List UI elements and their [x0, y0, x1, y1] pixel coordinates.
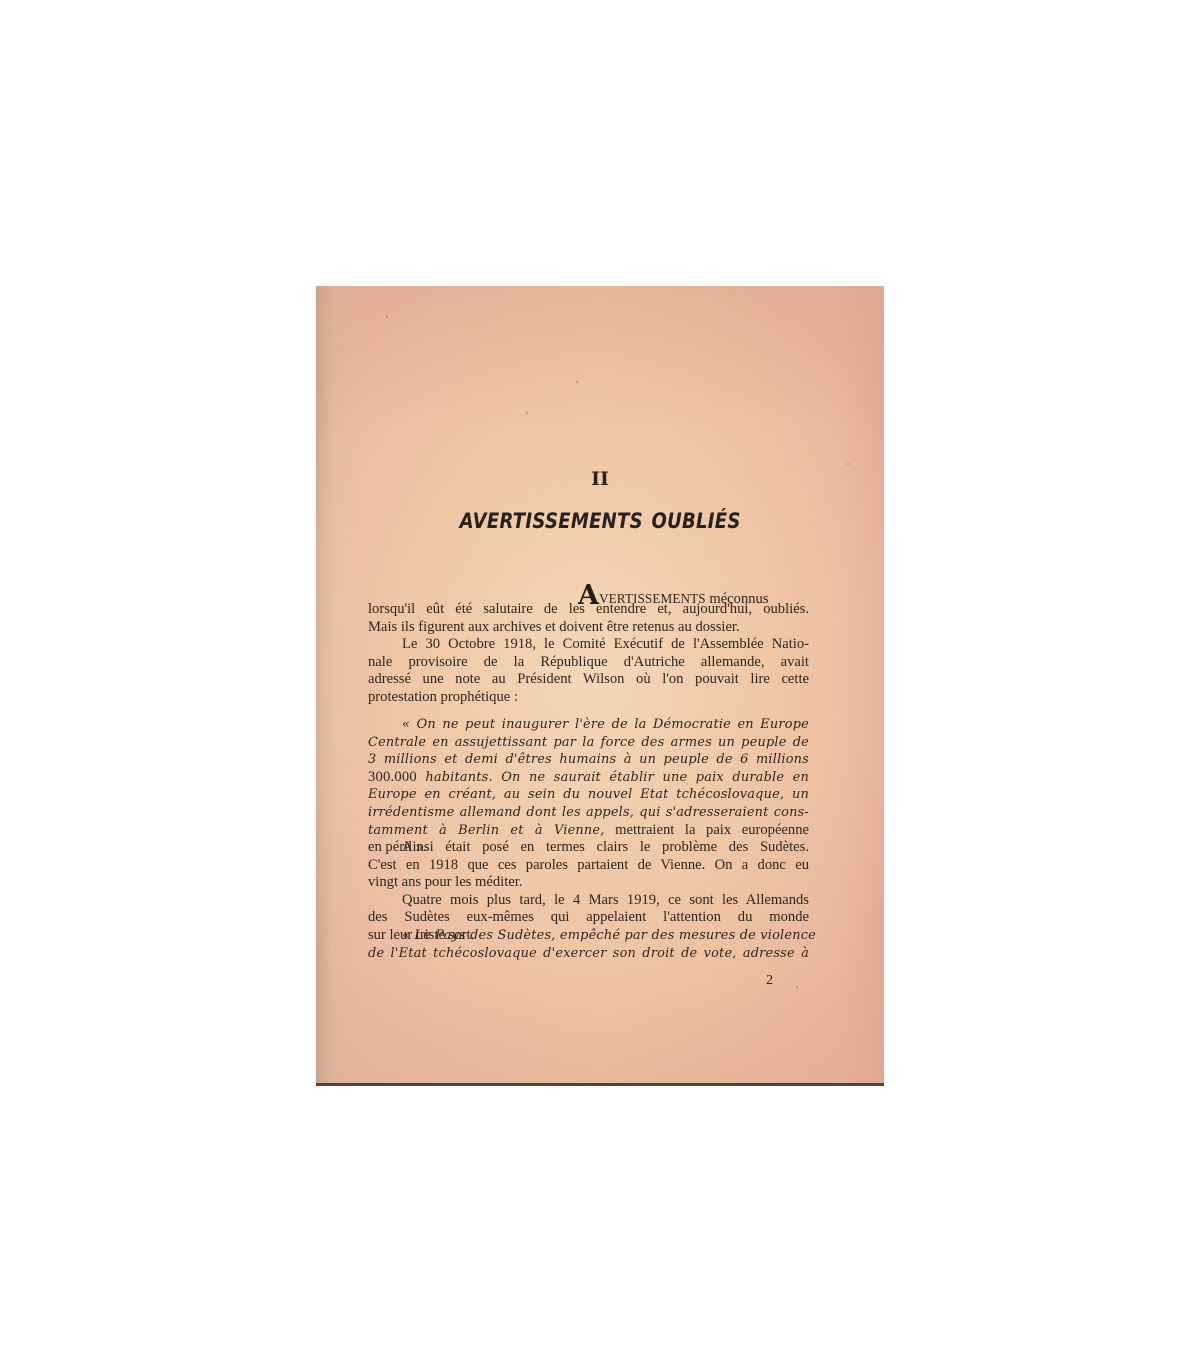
text-line: lorsqu'il eût été salutaire de les enten… [368, 601, 809, 619]
chapter-title: AVERTISSEMENTSOUBLIÉS [356, 509, 844, 533]
quote-upright-part: mettraient la paix européenne [605, 822, 809, 838]
quote-line: de l'Etat tchécoslovaque d'exercer son d… [368, 945, 809, 963]
chapter-title-word: AVERTISSEMENTS [460, 509, 643, 533]
text-line: Ainsi était posé en termes clairs le pro… [368, 839, 809, 857]
text-line: Le 30 Octobre 1918, le Comité Exécutif d… [368, 636, 809, 654]
paper-speck [847, 463, 849, 465]
paper-speck [526, 412, 528, 414]
quote-italic-part: tamment à Berlin et à Vienne, [368, 823, 605, 838]
quote-line: 3 millions et demi d'êtres humains à un … [368, 751, 809, 769]
paragraph-intro: lorsqu'il eût été salutaire de les enten… [368, 601, 809, 707]
quote-line: irrédentisme allemand dont les appels, q… [368, 804, 809, 822]
text-line: nale provisoire de la République d'Autri… [368, 654, 809, 672]
quote-line: Centrale en assujettissant par la force … [368, 734, 809, 752]
book-page: II AVERTISSEMENTSOUBLIÉS AVERTISSEMENTS … [316, 286, 884, 1086]
text-line: vingt ans pour les méditer. [368, 874, 809, 892]
text-line: Quatre mois plus tard, le 4 Mars 1919, c… [368, 892, 809, 910]
chapter-number: II [316, 468, 884, 490]
quote-line: 300.000 habitants. On ne saurait établir… [368, 769, 809, 787]
paper-speck [796, 986, 798, 988]
paper-speck [576, 381, 578, 383]
text-line: des Sudètes eux-mêmes qui appelaient l'a… [368, 909, 809, 927]
quote-line: « Le Pays des Sudètes, empêché par des m… [368, 927, 809, 945]
page-number: 2 [766, 973, 773, 989]
quote-line: « On ne peut inaugurer l'ère de la Démoc… [368, 716, 809, 734]
quote-wilson-note: « On ne peut inaugurer l'ère de la Démoc… [368, 716, 809, 857]
quote-sudeten: « Le Pays des Sudètes, empêché par des m… [368, 927, 809, 962]
text-line: protestation prophétique : [368, 689, 809, 707]
chapter-title-word: OUBLIÉS [651, 509, 740, 533]
quote-line: tamment à Berlin et à Vienne, mettraient… [368, 822, 809, 840]
text-line: C'est en 1918 que ces paroles partaient … [368, 857, 809, 875]
text-line: Mais ils figurent aux archives et doiven… [368, 619, 809, 637]
text-line: adressé une note au Président Wilson où … [368, 671, 809, 689]
quote-line: Europe en créant, au sein du nouvel Etat… [368, 786, 809, 804]
paper-speck [386, 316, 388, 318]
